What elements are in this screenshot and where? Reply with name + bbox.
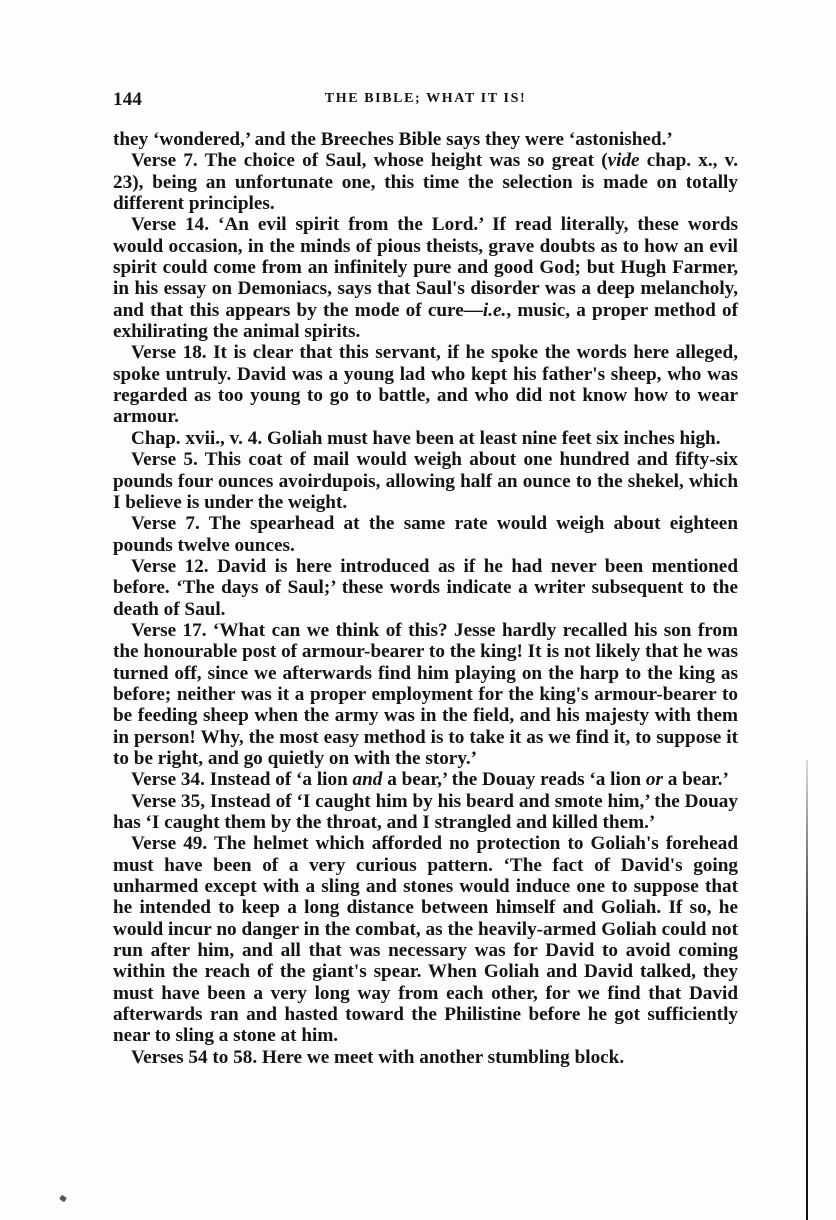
- paragraph-verse-49: Verse 49. The helmet which afforded no p…: [113, 833, 738, 1046]
- paragraph-verse-35: Verse 35, Instead of ‘I caught him by hi…: [113, 791, 738, 834]
- italic-text: or: [646, 769, 663, 790]
- paragraph-text: Verse 7. The choice of Saul, whose heigh…: [131, 150, 608, 171]
- paragraph-chap-17-v4: Chap. xvii., v. 4. Goliah must have been…: [113, 428, 738, 449]
- paragraph-verse-5: Verse 5. This coat of mail would weigh a…: [113, 449, 738, 513]
- running-title: THE BIBLE; WHAT IT IS!: [113, 91, 738, 107]
- paragraph-text: a bear,’ the Douay reads ‘a lion: [382, 769, 645, 790]
- paragraph-verses-54-58: Verses 54 to 58. Here we meet with anoth…: [113, 1047, 738, 1068]
- book-page: 144 THE BIBLE; WHAT IT IS! they ‘wondere…: [0, 0, 836, 1220]
- paragraph-verse-12: Verse 12. David is here introduced as if…: [113, 556, 738, 620]
- italic-text: and: [353, 769, 383, 790]
- paragraph-text: a bear.’: [663, 769, 729, 790]
- paragraph-verse-14: Verse 14. ‘An evil spirit from the Lord.…: [113, 214, 738, 342]
- running-head: 144 THE BIBLE; WHAT IT IS!: [113, 89, 738, 113]
- paragraph-verse-18: Verse 18. It is clear that this servant,…: [113, 342, 738, 427]
- paragraph-text: Verse 12. David is here introduced as if…: [113, 556, 738, 620]
- paragraph-text: Verse 17. ‘What can we think of this? Je…: [113, 620, 738, 769]
- paragraph-text: Verse 18. It is clear that this servant,…: [113, 342, 738, 427]
- paragraph-verse-34: Verse 34. Instead of ‘a lion and a bear,…: [113, 769, 738, 790]
- paragraph-text: Chap. xvii., v. 4. Goliah must have been…: [131, 428, 721, 449]
- paragraph-text: Verse 34. Instead of ‘a lion: [131, 769, 353, 790]
- paragraph-verse-7: Verse 7. The choice of Saul, whose heigh…: [113, 150, 738, 214]
- italic-text: i.e.: [483, 300, 506, 321]
- paragraph-text: Verse 5. This coat of mail would weigh a…: [113, 449, 738, 513]
- scan-speck: [59, 1195, 67, 1203]
- paragraph-text: Verse 7. The spearhead at the same rate …: [113, 513, 738, 555]
- italic-text: vide: [608, 150, 640, 171]
- paragraph-text: Verse 35, Instead of ‘I caught him by hi…: [113, 791, 738, 833]
- paragraph-verse-17: Verse 17. ‘What can we think of this? Je…: [113, 620, 738, 769]
- paragraph-verse-7b: Verse 7. The spearhead at the same rate …: [113, 513, 738, 556]
- page-edge-line: [806, 760, 808, 1220]
- body-text: they ‘wondered,’ and the Breeches Bible …: [113, 129, 738, 1068]
- paragraph-continuation: they ‘wondered,’ and the Breeches Bible …: [113, 129, 738, 150]
- paragraph-text: Verses 54 to 58. Here we meet with anoth…: [131, 1047, 624, 1068]
- paragraph-text: Verse 49. The helmet which afforded no p…: [113, 833, 738, 1046]
- paragraph-text: they ‘wondered,’ and the Breeches Bible …: [113, 129, 673, 150]
